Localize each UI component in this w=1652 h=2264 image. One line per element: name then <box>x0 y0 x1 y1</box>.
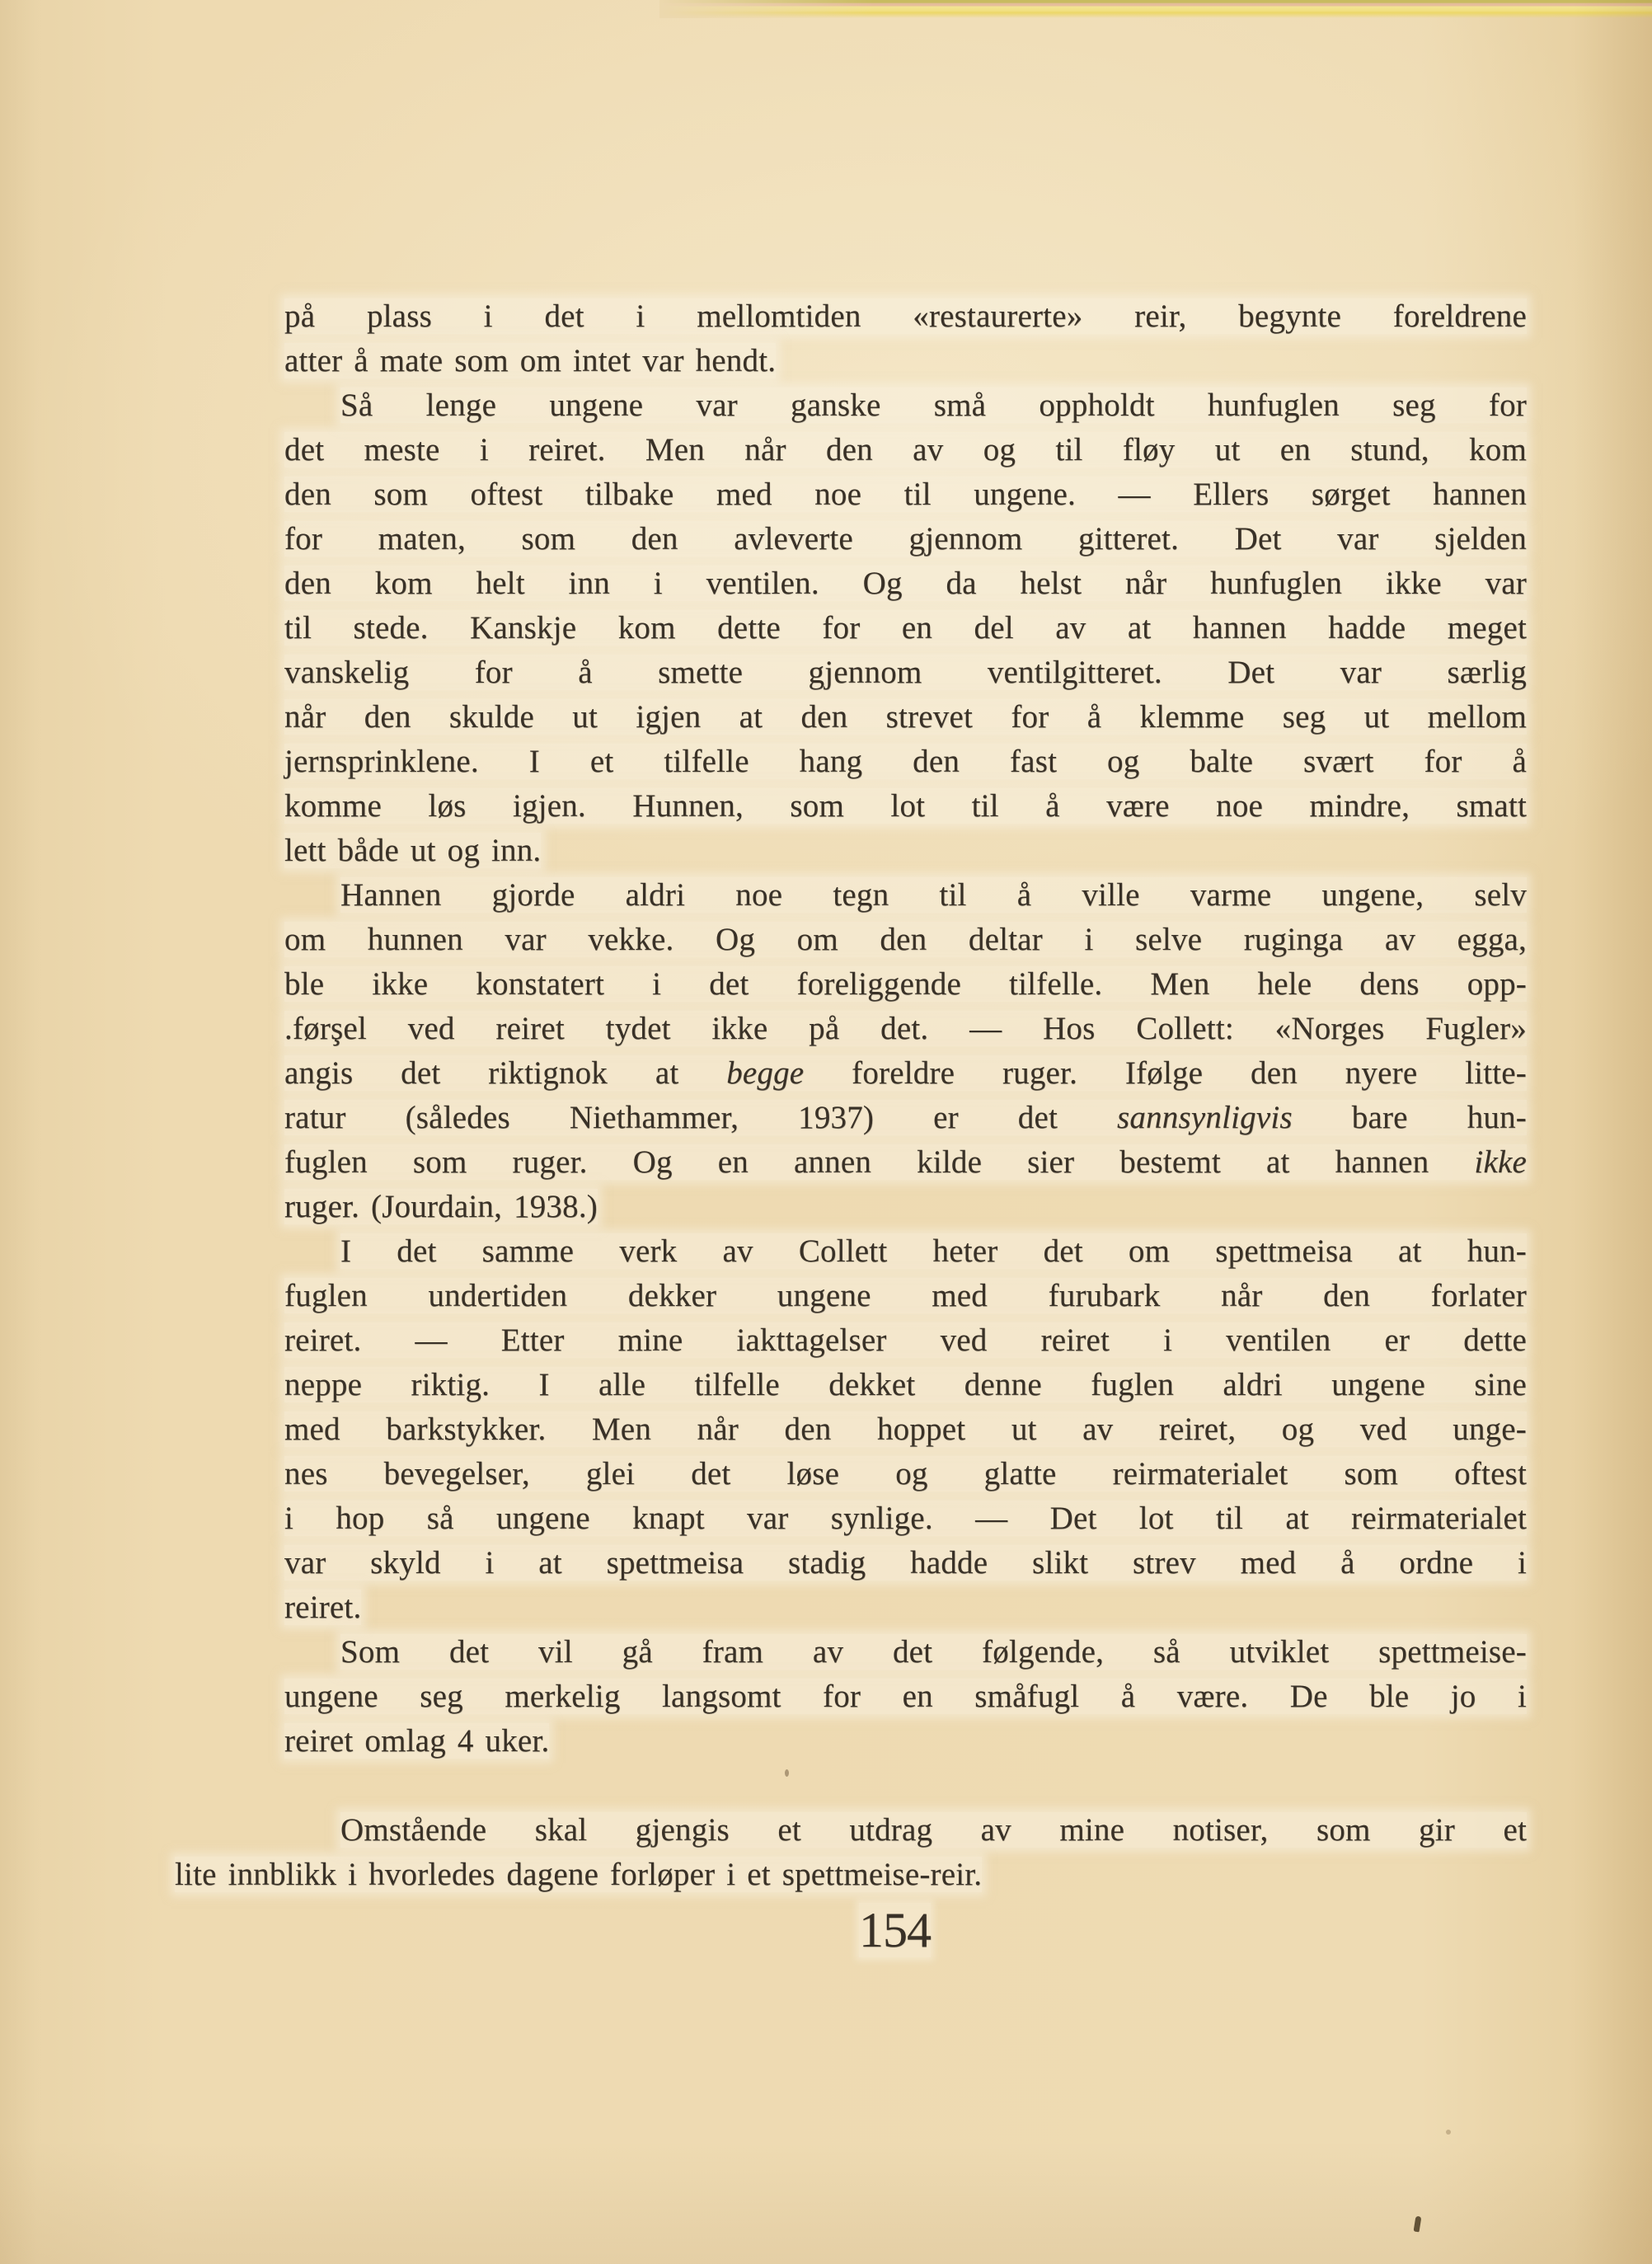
text-line: ble ikke konstatert i det foreliggende t… <box>284 962 1527 1007</box>
text-line-content: den som oftest tilbake med noe til ungen… <box>284 477 1527 512</box>
text-line-content: var skyld i at spettmeisa stadig hadde s… <box>284 1545 1527 1581</box>
paragraph: på plass i det i mellomtiden «restaurert… <box>284 294 1527 383</box>
paragraph: Så lenge ungene var ganske små oppholdt … <box>284 383 1527 873</box>
text-line: komme løs igjen. Hunnen, som lot til å v… <box>284 784 1527 829</box>
scan-top-edge-highlight <box>659 0 1652 18</box>
text-line: angis det riktignok at begge foreldre ru… <box>284 1051 1527 1096</box>
text-line-content: Hannen gjorde aldri noe tegn til å ville… <box>340 877 1527 913</box>
text-line-content: reiret omlag 4 uker. <box>284 1723 549 1759</box>
ink-speck <box>1446 2130 1451 2135</box>
text-line: ruger. (Jourdain, 1938.) <box>284 1185 1527 1229</box>
text-line-content: ble ikke konstatert i det foreliggende t… <box>284 966 1527 1002</box>
text-line-content: Så lenge ungene var ganske små oppholdt … <box>340 388 1527 423</box>
text-line-content: jernsprinklene. I et tilfelle hang den f… <box>284 744 1527 779</box>
text-line-content: for maten, som den avleverte gjennom git… <box>284 521 1527 557</box>
ink-speck <box>785 1769 789 1777</box>
text-line-content: fuglen som ruger. Og en annen kilde sier… <box>284 1144 1527 1180</box>
text-line: ratur (således Niethammer, 1937) er det … <box>284 1096 1527 1140</box>
ink-speck <box>1414 2216 1422 2233</box>
text-line: nes bevegelser, glei det løse og glatte … <box>284 1452 1527 1496</box>
paragraph: I det samme verk av Collett heter det om… <box>284 1229 1527 1630</box>
text-line: til stede. Kanskje kom dette for en del … <box>284 606 1527 651</box>
text-line: var skyld i at spettmeisa stadig hadde s… <box>284 1541 1527 1585</box>
text-line: lett både ut og inn. <box>284 829 1527 873</box>
text-line: med barkstykker. Men når den hoppet ut a… <box>284 1407 1527 1452</box>
text-line-content: .førşel ved reiret tydet ikke på det. — … <box>284 1011 1527 1046</box>
text-line: for maten, som den avleverte gjennom git… <box>284 517 1527 561</box>
paragraph: Hannen gjorde aldri noe tegn til å ville… <box>284 873 1527 1229</box>
text-line: Som det vil gå fram av det følgende, så … <box>284 1630 1527 1675</box>
text-line: jernsprinklene. I et tilfelle hang den f… <box>284 740 1527 784</box>
text-line-content: lite innblikk i hvorledes dagene forløpe… <box>175 1857 982 1892</box>
text-line: reiret. <box>284 1585 1527 1630</box>
text-line-content: reiret. <box>284 1590 361 1625</box>
page-edge-shadow-left <box>0 0 37 2264</box>
text-line: den som oftest tilbake med noe til ungen… <box>284 472 1527 517</box>
text-line: vanskelig for å smette gjennom ventilgit… <box>284 651 1527 695</box>
text-block: på plass i det i mellomtiden «restaurert… <box>284 294 1527 1955</box>
text-line-content: fuglen undertiden dekker ungene med furu… <box>284 1278 1527 1313</box>
page-edge-shadow-bottom <box>0 2140 1652 2264</box>
text-line-content: angis det riktignok at begge foreldre ru… <box>284 1055 1527 1091</box>
text-line-content: i hop så ungene knapt var synlige. — Det… <box>284 1501 1527 1536</box>
text-line: reiret. — Etter mine iakttagelser ved re… <box>284 1318 1527 1363</box>
text-line-content: Som det vil gå fram av det følgende, så … <box>340 1634 1527 1670</box>
text-line: Hannen gjorde aldri noe tegn til å ville… <box>284 873 1527 918</box>
text-line: lite innblikk i hvorledes dagene forløpe… <box>175 1853 1527 1897</box>
paragraph: Omstående skal gjengis et utdrag av mine… <box>284 1808 1527 1897</box>
text-line: den kom helt inn i ventilen. Og da helst… <box>284 561 1527 606</box>
text-line-content: når den skulde ut igjen at den strevet f… <box>284 699 1527 735</box>
text-line-content: det meste i reiret. Men når den av og ti… <box>284 432 1527 467</box>
text-line: Omstående skal gjengis et utdrag av mine… <box>284 1808 1527 1853</box>
paragraph: Som det vil gå fram av det følgende, så … <box>284 1630 1527 1764</box>
text-line: på plass i det i mellomtiden «restaurert… <box>284 294 1527 339</box>
text-line: fuglen som ruger. Og en annen kilde sier… <box>284 1140 1527 1185</box>
page-number: 154 <box>263 1905 1527 1955</box>
text-line-content: reiret. — Etter mine iakttagelser ved re… <box>284 1322 1527 1358</box>
text-line-content: ratur (således Niethammer, 1937) er det … <box>284 1100 1527 1135</box>
text-line-content: I det samme verk av Collett heter det om… <box>340 1233 1527 1269</box>
text-line: atter å mate som om intet var hendt. <box>284 339 1527 383</box>
text-line-content: på plass i det i mellomtiden «restaurert… <box>284 298 1527 334</box>
text-line-content: ungene seg merkelig langsomt for en småf… <box>284 1679 1527 1714</box>
text-line-content: atter å mate som om intet var hendt. <box>284 343 776 378</box>
text-line-content: nes bevegelser, glei det løse og glatte … <box>284 1456 1527 1491</box>
text-line-content: den kom helt inn i ventilen. Og da helst… <box>284 566 1527 601</box>
text-line: neppe riktig. I alle tilfelle dekket den… <box>284 1363 1527 1407</box>
text-line: Så lenge ungene var ganske små oppholdt … <box>284 383 1527 428</box>
text-line-content: vanskelig for å smette gjennom ventilgit… <box>284 655 1527 690</box>
text-line: det meste i reiret. Men når den av og ti… <box>284 428 1527 472</box>
text-line: når den skulde ut igjen at den strevet f… <box>284 695 1527 740</box>
text-line-content: ruger. (Jourdain, 1938.) <box>284 1189 598 1224</box>
text-line-content: til stede. Kanskje kom dette for en del … <box>284 610 1527 646</box>
text-line-content: komme løs igjen. Hunnen, som lot til å v… <box>284 788 1527 824</box>
text-line: i hop så ungene knapt var synlige. — Det… <box>284 1496 1527 1541</box>
text-line-content: med barkstykker. Men når den hoppet ut a… <box>284 1411 1527 1447</box>
text-line: reiret omlag 4 uker. <box>284 1719 1527 1764</box>
text-line-content: lett både ut og inn. <box>284 833 541 868</box>
page-edge-shadow-right <box>1574 0 1652 2264</box>
text-line: I det samme verk av Collett heter det om… <box>284 1229 1527 1274</box>
text-line-content: Omstående skal gjengis et utdrag av mine… <box>340 1812 1527 1848</box>
text-line: om hunnen var vekke. Og om den deltar i … <box>284 918 1527 962</box>
book-page-scan: { "document": { "language": "Norwegian",… <box>0 0 1652 2264</box>
text-line: ungene seg merkelig langsomt for en småf… <box>284 1675 1527 1719</box>
text-line-content: om hunnen var vekke. Og om den deltar i … <box>284 922 1527 957</box>
text-line: .førşel ved reiret tydet ikke på det. — … <box>284 1007 1527 1051</box>
text-line-content: neppe riktig. I alle tilfelle dekket den… <box>284 1367 1527 1402</box>
text-line: fuglen undertiden dekker ungene med furu… <box>284 1274 1527 1318</box>
